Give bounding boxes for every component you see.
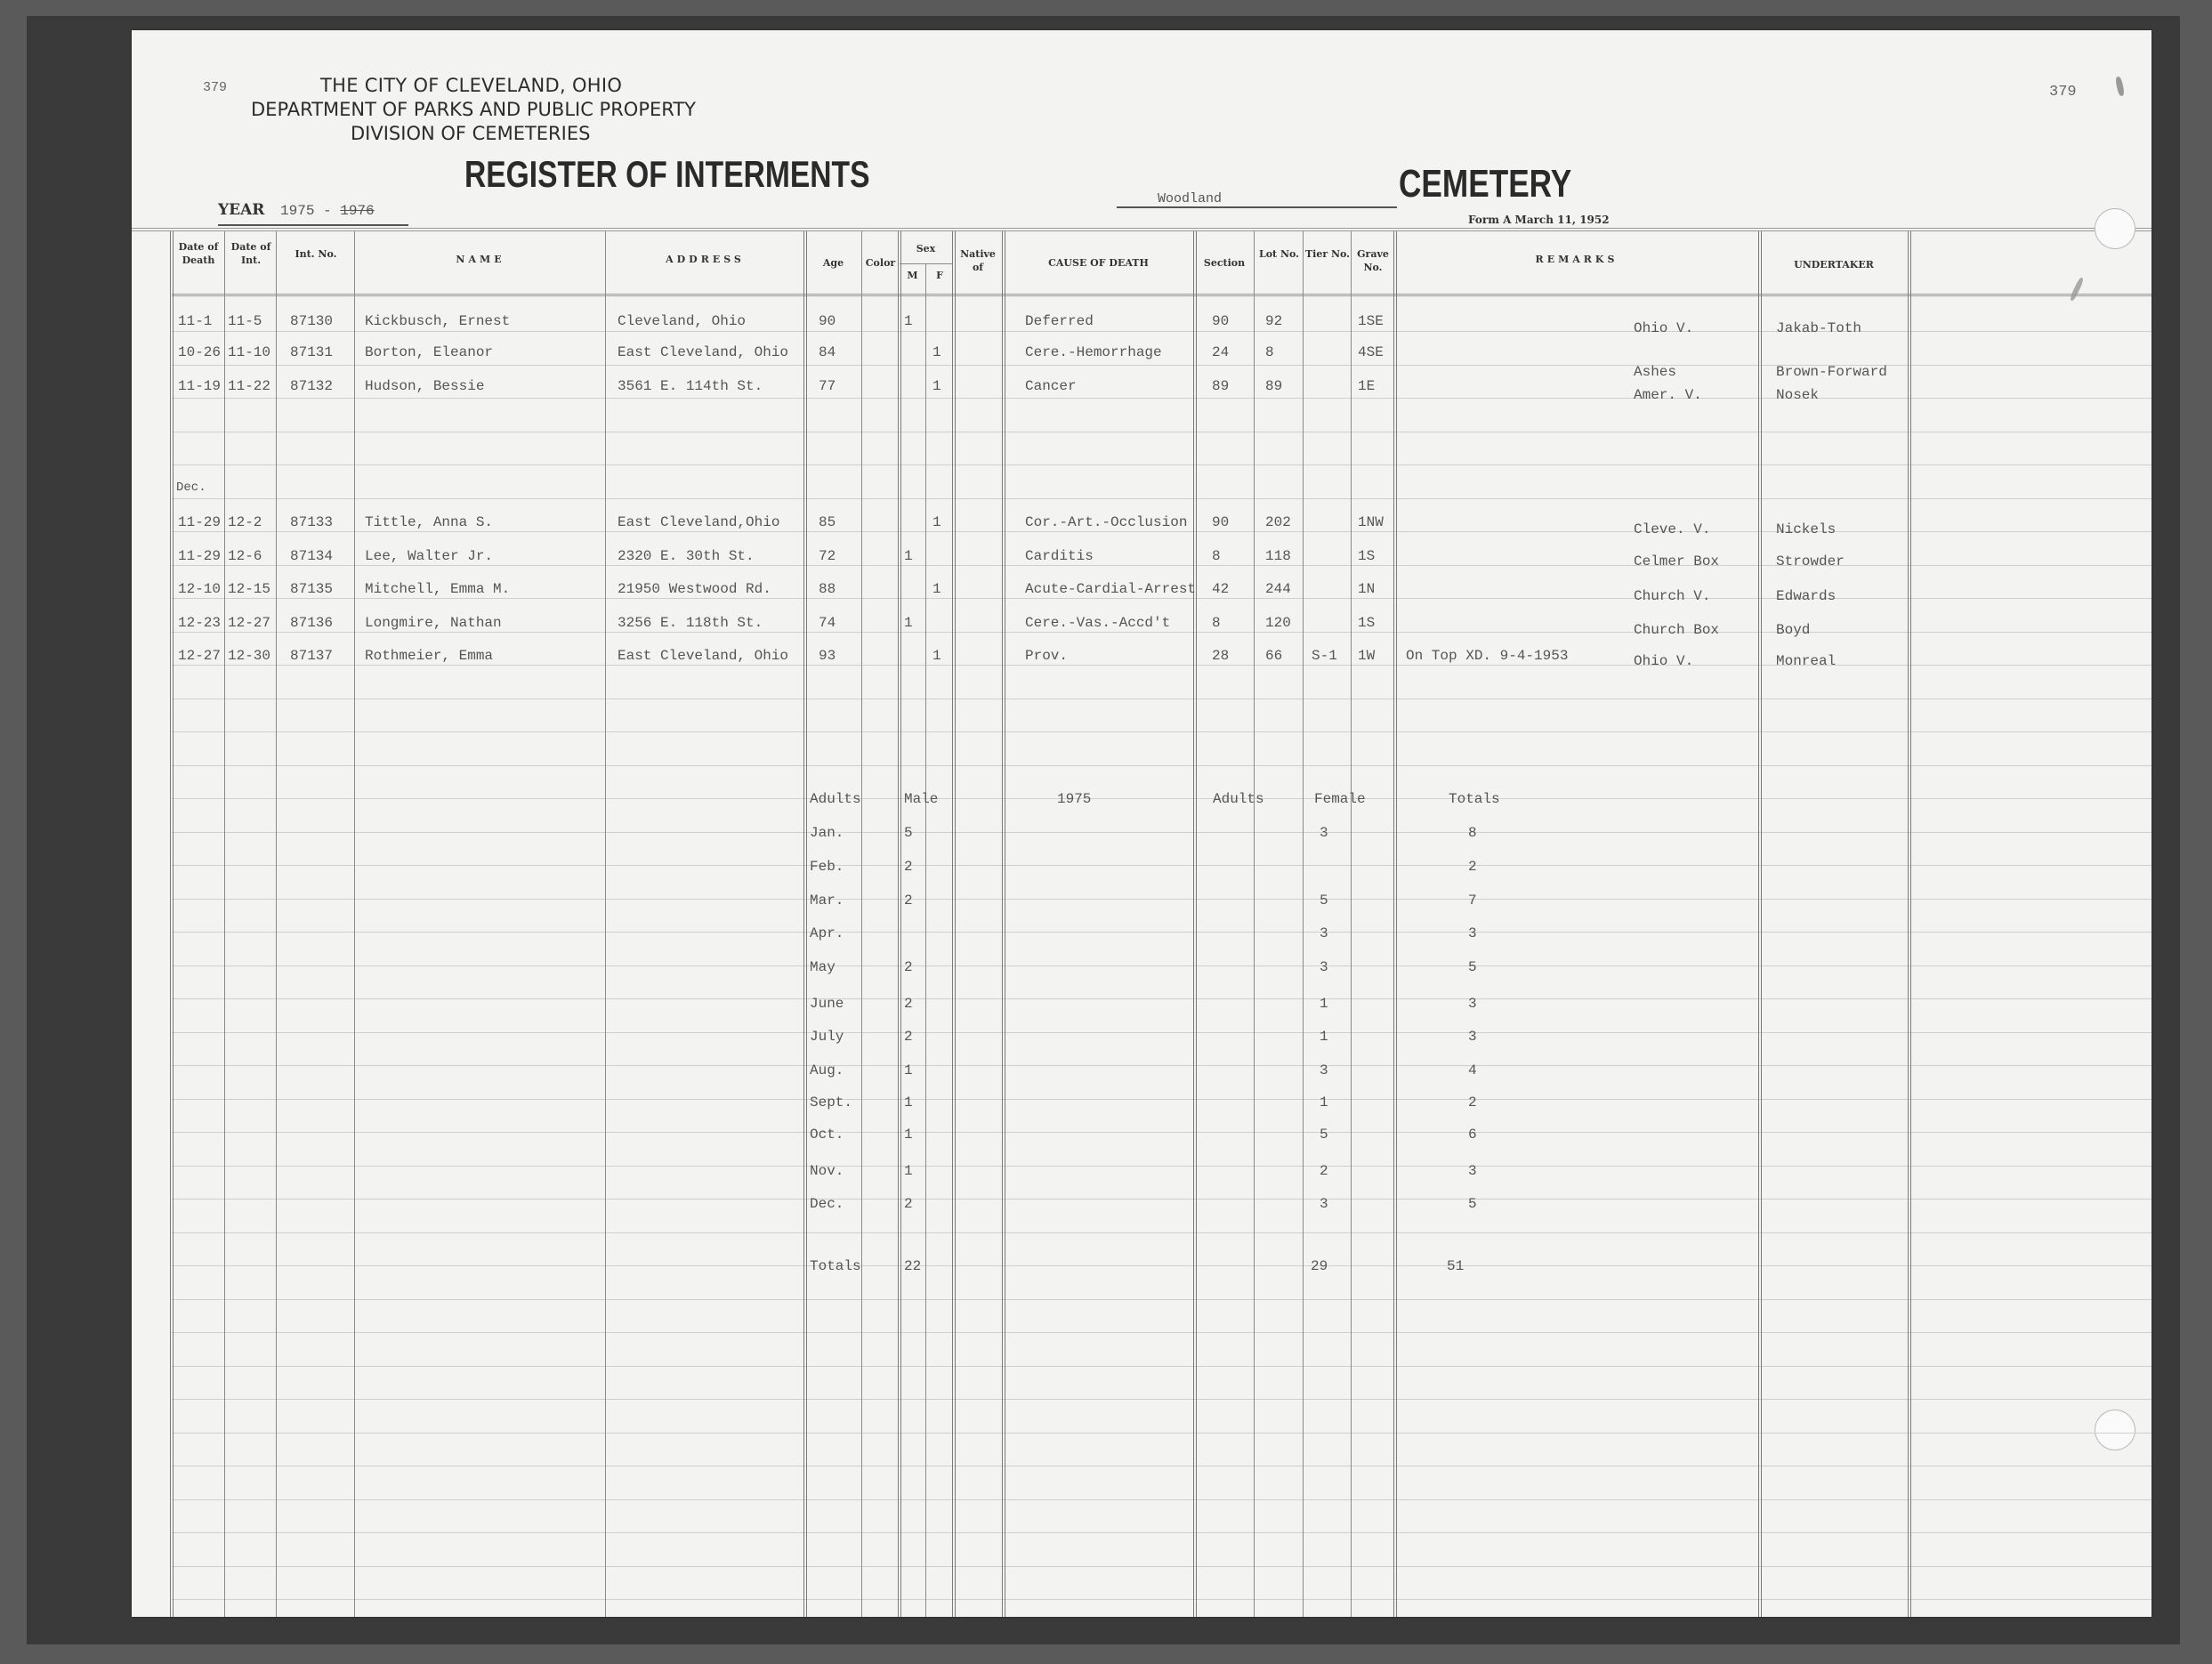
col-line xyxy=(354,231,355,1617)
summary-total-count: 3 xyxy=(1468,996,1477,1012)
cell-name: Longmire, Nathan xyxy=(365,615,502,631)
cell-undertaker: Jakab-Toth xyxy=(1776,320,1861,336)
cell-name: Kickbusch, Ernest xyxy=(365,313,510,329)
ruled-line xyxy=(172,1265,2151,1266)
cell-address: 2320 E. 30th St. xyxy=(618,548,755,564)
col-line xyxy=(170,231,174,1617)
summary-male-count: 2 xyxy=(904,1196,913,1212)
cell-name: Mitchell, Emma M. xyxy=(365,581,510,597)
cemetery-name-field: Woodland xyxy=(1117,183,1397,208)
summary-male-count: 1 xyxy=(904,1127,913,1143)
cell-grave-number: 1N xyxy=(1358,581,1375,597)
summary-male-count: 5 xyxy=(904,825,913,841)
cell-lot-number: 66 xyxy=(1265,648,1282,664)
summary-month: Feb. xyxy=(810,859,844,875)
year-value: 1975 - xyxy=(280,203,340,219)
ruled-line xyxy=(172,598,2151,599)
summary-month: Sept. xyxy=(810,1095,852,1111)
ruled-line xyxy=(172,932,2151,933)
cell-cause-of-death: Acute-Cardial-Arrest xyxy=(1025,581,1196,597)
summary-month: June xyxy=(810,996,844,1012)
cell-interment-number: 87131 xyxy=(290,344,333,360)
summary-female-count: 5 xyxy=(1320,893,1328,909)
form-note: Form A March 11, 1952 xyxy=(1468,214,1610,226)
cell-age: 88 xyxy=(819,581,836,597)
cell-cause-of-death: Cancer xyxy=(1025,378,1077,394)
summary-totals-label: Totals xyxy=(810,1258,861,1274)
column-header-rule xyxy=(172,294,2151,296)
summary-female-count: 3 xyxy=(1320,959,1328,975)
cell-name: Hudson, Bessie xyxy=(365,378,484,394)
col-header-int-no: Int. No. xyxy=(285,247,347,261)
ruled-line xyxy=(172,1232,2151,1233)
col-line xyxy=(1351,231,1352,1617)
ruled-line xyxy=(172,1199,2151,1200)
col-line xyxy=(1002,231,1005,1617)
cell-interment-number: 87137 xyxy=(290,648,333,664)
year-field: YEAR 1975 - 1976 xyxy=(218,201,408,226)
col-header-age: Age xyxy=(805,256,861,270)
col-line xyxy=(1303,231,1304,1617)
summary-total-count: 3 xyxy=(1468,1163,1477,1179)
pencil-mark-icon xyxy=(2115,77,2125,97)
col-header-sex: Sex xyxy=(900,242,952,255)
cell-undertaker: Nickels xyxy=(1776,521,1836,537)
ruled-line xyxy=(172,1599,2151,1600)
summary-female-count: 3 xyxy=(1320,825,1328,841)
cell-sex-female: 1 xyxy=(932,514,941,530)
cell-remarks: Amer. V. xyxy=(1634,387,1702,403)
header-rule xyxy=(132,228,2151,231)
col-line xyxy=(925,263,926,1617)
summary-male-count: 1 xyxy=(904,1095,913,1111)
col-header-address: ADDRESS xyxy=(607,253,803,266)
summary-totals-female: 29 xyxy=(1311,1258,1328,1274)
cell-age: 93 xyxy=(819,648,836,664)
header-division: DIVISION OF CEMETERIES xyxy=(351,123,590,144)
cemetery-label: CEMETERY xyxy=(1399,162,1571,206)
col-line xyxy=(1254,231,1255,1617)
ruled-line xyxy=(172,1566,2151,1567)
summary-total-count: 2 xyxy=(1468,1095,1477,1111)
cell-lot-number: 244 xyxy=(1265,581,1291,597)
col-header-section: Section xyxy=(1195,256,1254,270)
binder-hole-bottom xyxy=(2095,1410,2135,1450)
cell-lot-number: 8 xyxy=(1265,344,1274,360)
summary-total-count: 7 xyxy=(1468,893,1477,909)
cell-sex-female: 1 xyxy=(932,344,941,360)
ruled-line xyxy=(172,1065,2151,1066)
cell-date-of-death: 11-29 xyxy=(178,548,221,564)
cell-remarks: Church Box xyxy=(1634,622,1719,638)
summary-month: Apr. xyxy=(810,925,844,941)
page-number-right: 379 xyxy=(2049,84,2077,101)
ruled-line xyxy=(172,665,2151,666)
cell-age: 90 xyxy=(819,313,836,329)
summary-female-count: 2 xyxy=(1320,1163,1328,1179)
ruled-line xyxy=(172,1032,2151,1033)
ruled-line xyxy=(172,1399,2151,1400)
cell-undertaker: Boyd xyxy=(1776,622,1810,638)
summary-header-totals: Totals xyxy=(1449,791,1500,807)
month-marker-dec: Dec. xyxy=(176,481,206,495)
ruled-line xyxy=(172,464,2151,465)
col-header-cause-of-death: CAUSE OF DEATH xyxy=(1004,256,1193,270)
summary-male-count: 1 xyxy=(904,1062,913,1078)
cell-interment-number: 87133 xyxy=(290,514,333,530)
cell-age: 85 xyxy=(819,514,836,530)
ruled-line xyxy=(172,432,2151,432)
ruled-line xyxy=(172,832,2151,833)
summary-month: Mar. xyxy=(810,893,844,909)
cell-lot-number: 120 xyxy=(1265,615,1291,631)
ruled-line xyxy=(172,1532,2151,1533)
pencil-mark-icon xyxy=(2069,277,2084,302)
cell-sex-female: 1 xyxy=(932,378,941,394)
cell-sex-female: 1 xyxy=(932,581,941,597)
col-line xyxy=(605,231,606,1617)
ruled-line xyxy=(172,1499,2151,1500)
register-page: 379 379 THE CITY OF CLEVELAND, OHIO DEPA… xyxy=(132,30,2151,1617)
cell-section: 89 xyxy=(1212,378,1229,394)
cell-date-of-death: 12-27 xyxy=(178,648,221,664)
summary-month: Aug. xyxy=(810,1062,844,1078)
cell-name: Rothmeier, Emma xyxy=(365,648,493,664)
binder-hole-top xyxy=(2095,208,2135,249)
cell-remarks: Cleve. V. xyxy=(1634,521,1710,537)
cell-section: 24 xyxy=(1212,344,1229,360)
col-header-sex-m: M xyxy=(900,269,925,282)
cell-grave-number: 1W xyxy=(1358,648,1375,664)
cell-date-of-interment: 12-27 xyxy=(228,615,270,631)
cell-cause-of-death: Prov. xyxy=(1025,648,1068,664)
cell-tier-number: S-1 xyxy=(1312,648,1337,664)
cell-remarks: Celmer Box xyxy=(1634,553,1719,569)
col-line xyxy=(276,231,277,1617)
summary-male-count: 2 xyxy=(904,859,913,875)
cell-section: 90 xyxy=(1212,514,1229,530)
cell-lot-number: 92 xyxy=(1265,313,1282,329)
cell-cause-of-death: Cor.-Art.-Occlusion xyxy=(1025,514,1187,530)
cell-sex-male: 1 xyxy=(904,615,913,631)
cell-section: 42 xyxy=(1212,581,1229,597)
summary-female-count: 1 xyxy=(1320,1095,1328,1111)
summary-female-count: 1 xyxy=(1320,1029,1328,1045)
ruled-line xyxy=(172,865,2151,866)
cell-date-of-interment: 11-10 xyxy=(228,344,270,360)
summary-male-count: 2 xyxy=(904,1029,913,1045)
summary-header-female: Female xyxy=(1314,791,1366,807)
cell-date-of-death: 12-23 xyxy=(178,615,221,631)
summary-male-count: 2 xyxy=(904,996,913,1012)
cell-address: 3561 E. 114th St. xyxy=(618,378,763,394)
cell-date-of-interment: 12-30 xyxy=(228,648,270,664)
summary-total-count: 3 xyxy=(1468,1029,1477,1045)
summary-total-count: 4 xyxy=(1468,1062,1477,1078)
cell-interment-number: 87136 xyxy=(290,615,333,631)
cell-remarks: Ohio V. xyxy=(1634,320,1693,336)
cell-interment-number: 87130 xyxy=(290,313,333,329)
cell-section: 8 xyxy=(1212,548,1221,564)
cell-cause-of-death: Deferred xyxy=(1025,313,1094,329)
cell-address: East Cleveland, Ohio xyxy=(618,344,788,360)
summary-male-count: 1 xyxy=(904,1163,913,1179)
cell-name: Borton, Eleanor xyxy=(365,344,493,360)
cell-grave-number: 1NW xyxy=(1358,514,1384,530)
cell-remarks: Ohio V. xyxy=(1634,653,1693,669)
ruled-line xyxy=(172,765,2151,766)
cell-undertaker: Brown-Forward xyxy=(1776,364,1887,380)
ruled-line xyxy=(172,498,2151,499)
cell-address: East Cleveland,Ohio xyxy=(618,514,779,530)
col-line xyxy=(803,231,807,1617)
cell-undertaker: Monreal xyxy=(1776,653,1836,669)
cell-age: 74 xyxy=(819,615,836,631)
cell-date-of-interment: 11-5 xyxy=(228,313,262,329)
summary-month: Jan. xyxy=(810,825,844,841)
summary-female-count: 5 xyxy=(1320,1127,1328,1143)
ruled-line xyxy=(172,1366,2151,1367)
summary-month: May xyxy=(810,959,836,975)
ruled-line xyxy=(172,899,2151,900)
summary-female-count: 3 xyxy=(1320,925,1328,941)
header-department: DEPARTMENT OF PARKS AND PUBLIC PROPERTY xyxy=(251,99,696,120)
ruled-line xyxy=(172,1299,2151,1300)
cell-address: Cleveland, Ohio xyxy=(618,313,746,329)
col-header-undertaker: UNDERTAKER xyxy=(1760,258,1908,271)
header-city: THE CITY OF CLEVELAND, OHIO xyxy=(320,75,622,96)
year-label: YEAR xyxy=(218,201,264,219)
cell-remarks: Ashes xyxy=(1634,364,1676,380)
cell-section: 8 xyxy=(1212,615,1221,631)
cell-name: Tittle, Anna S. xyxy=(365,514,493,530)
cell-date-of-death: 11-1 xyxy=(178,313,212,329)
ruled-line xyxy=(172,531,2151,532)
cell-section: 90 xyxy=(1212,313,1229,329)
cell-remarks-note: On Top XD. 9-4-1953 xyxy=(1406,648,1568,664)
summary-header-adults-left: Adults xyxy=(810,791,861,807)
col-line xyxy=(224,231,225,1617)
cell-grave-number: 4SE xyxy=(1358,344,1384,360)
cell-date-of-interment: 11-22 xyxy=(228,378,270,394)
cell-grave-number: 1S xyxy=(1358,548,1375,564)
summary-female-count: 1 xyxy=(1320,996,1328,1012)
cell-interment-number: 87135 xyxy=(290,581,333,597)
ruled-line xyxy=(172,731,2151,732)
cell-sex-female: 1 xyxy=(932,648,941,664)
summary-month: July xyxy=(810,1029,844,1045)
summary-month: Nov. xyxy=(810,1163,844,1179)
col-line xyxy=(1393,231,1397,1617)
ruled-line xyxy=(172,565,2151,566)
col-header-date-of-death: Date of Death xyxy=(173,240,224,267)
summary-total-count: 8 xyxy=(1468,825,1477,841)
cell-undertaker: Edwards xyxy=(1776,588,1836,604)
ruled-line xyxy=(172,998,2151,999)
cell-address: East Cleveland, Ohio xyxy=(618,648,788,664)
col-line xyxy=(952,231,956,1617)
cell-undertaker: Nosek xyxy=(1776,387,1819,403)
cemetery-name: Woodland xyxy=(1158,191,1222,206)
cell-grave-number: 1SE xyxy=(1358,313,1384,329)
cell-cause-of-death: Cere.-Hemorrhage xyxy=(1025,344,1162,360)
cell-cause-of-death: Cere.-Vas.-Accd't xyxy=(1025,615,1170,631)
ruled-line xyxy=(172,1332,2151,1333)
page-number-left: 379 xyxy=(203,80,227,95)
cell-date-of-death: 12-10 xyxy=(178,581,221,597)
summary-totals-all: 51 xyxy=(1447,1258,1464,1274)
summary-male-count: 2 xyxy=(904,893,913,909)
ruled-line xyxy=(172,699,2151,699)
cell-grave-number: 1E xyxy=(1358,378,1375,394)
summary-total-count: 6 xyxy=(1468,1127,1477,1143)
summary-month: Oct. xyxy=(810,1127,844,1143)
cell-date-of-interment: 12-15 xyxy=(228,581,270,597)
col-header-native-of: Native of xyxy=(954,247,1002,274)
col-line xyxy=(1193,231,1197,1617)
cell-grave-number: 1S xyxy=(1358,615,1375,631)
col-header-tier-no: Tier No. xyxy=(1304,247,1351,261)
cell-age: 84 xyxy=(819,344,836,360)
cell-age: 77 xyxy=(819,378,836,394)
summary-total-count: 5 xyxy=(1468,959,1477,975)
col-header-color: Color xyxy=(863,256,898,270)
col-line xyxy=(1758,231,1762,1617)
ruled-line xyxy=(172,965,2151,966)
summary-totals-male: 22 xyxy=(904,1258,921,1274)
cell-interment-number: 87134 xyxy=(290,548,333,564)
cell-section: 28 xyxy=(1212,648,1229,664)
cell-date-of-death: 11-29 xyxy=(178,514,221,530)
cell-date-of-interment: 12-6 xyxy=(228,548,262,564)
col-header-lot-no: Lot No. xyxy=(1255,247,1303,261)
ruled-line xyxy=(172,1132,2151,1133)
cell-sex-male: 1 xyxy=(904,548,913,564)
cell-interment-number: 87132 xyxy=(290,378,333,394)
col-line xyxy=(1908,231,1911,1617)
summary-total-count: 5 xyxy=(1468,1196,1477,1212)
ruled-line xyxy=(172,1433,2151,1434)
cell-address: 21950 Westwood Rd. xyxy=(618,581,771,597)
ruled-line xyxy=(172,1466,2151,1466)
col-line xyxy=(861,231,862,1617)
cell-date-of-death: 11-19 xyxy=(178,378,221,394)
ruled-line xyxy=(172,798,2151,799)
cell-date-of-death: 10-26 xyxy=(178,344,221,360)
summary-female-count: 3 xyxy=(1320,1196,1328,1212)
summary-male-count: 2 xyxy=(904,959,913,975)
col-header-date-of-int: Date of Int. xyxy=(226,240,276,267)
summary-month: Dec. xyxy=(810,1196,844,1212)
col-header-sex-f: F xyxy=(927,269,952,282)
cell-lot-number: 202 xyxy=(1265,514,1291,530)
cell-age: 72 xyxy=(819,548,836,564)
summary-total-count: 2 xyxy=(1468,859,1477,875)
summary-header-male: Male xyxy=(904,791,938,807)
summary-total-count: 3 xyxy=(1468,925,1477,941)
summary-header-adults-right: Adults xyxy=(1213,791,1264,807)
year-struck: 1976 xyxy=(340,203,374,219)
ruled-line xyxy=(172,1166,2151,1167)
col-header-name: NAME xyxy=(356,253,605,266)
sex-split-line xyxy=(900,263,952,264)
cell-lot-number: 89 xyxy=(1265,378,1282,394)
cell-lot-number: 118 xyxy=(1265,548,1291,564)
cell-address: 3256 E. 118th St. xyxy=(618,615,763,631)
cell-date-of-interment: 12-2 xyxy=(228,514,262,530)
summary-female-count: 3 xyxy=(1320,1062,1328,1078)
col-line xyxy=(898,231,901,1617)
cell-cause-of-death: Carditis xyxy=(1025,548,1094,564)
cell-name: Lee, Walter Jr. xyxy=(365,548,493,564)
col-header-grave-no: Grave No. xyxy=(1352,247,1393,274)
cell-remarks: Church V. xyxy=(1634,588,1710,604)
summary-header-year: 1975 xyxy=(1057,791,1091,807)
cell-undertaker: Strowder xyxy=(1776,553,1845,569)
ruled-line xyxy=(172,632,2151,633)
ruled-line xyxy=(172,1099,2151,1100)
ruled-line xyxy=(172,398,2151,399)
page-title: REGISTER OF INTERMENTS xyxy=(464,153,869,196)
col-header-remarks: REMARKS xyxy=(1395,253,1758,266)
cell-sex-male: 1 xyxy=(904,313,913,329)
